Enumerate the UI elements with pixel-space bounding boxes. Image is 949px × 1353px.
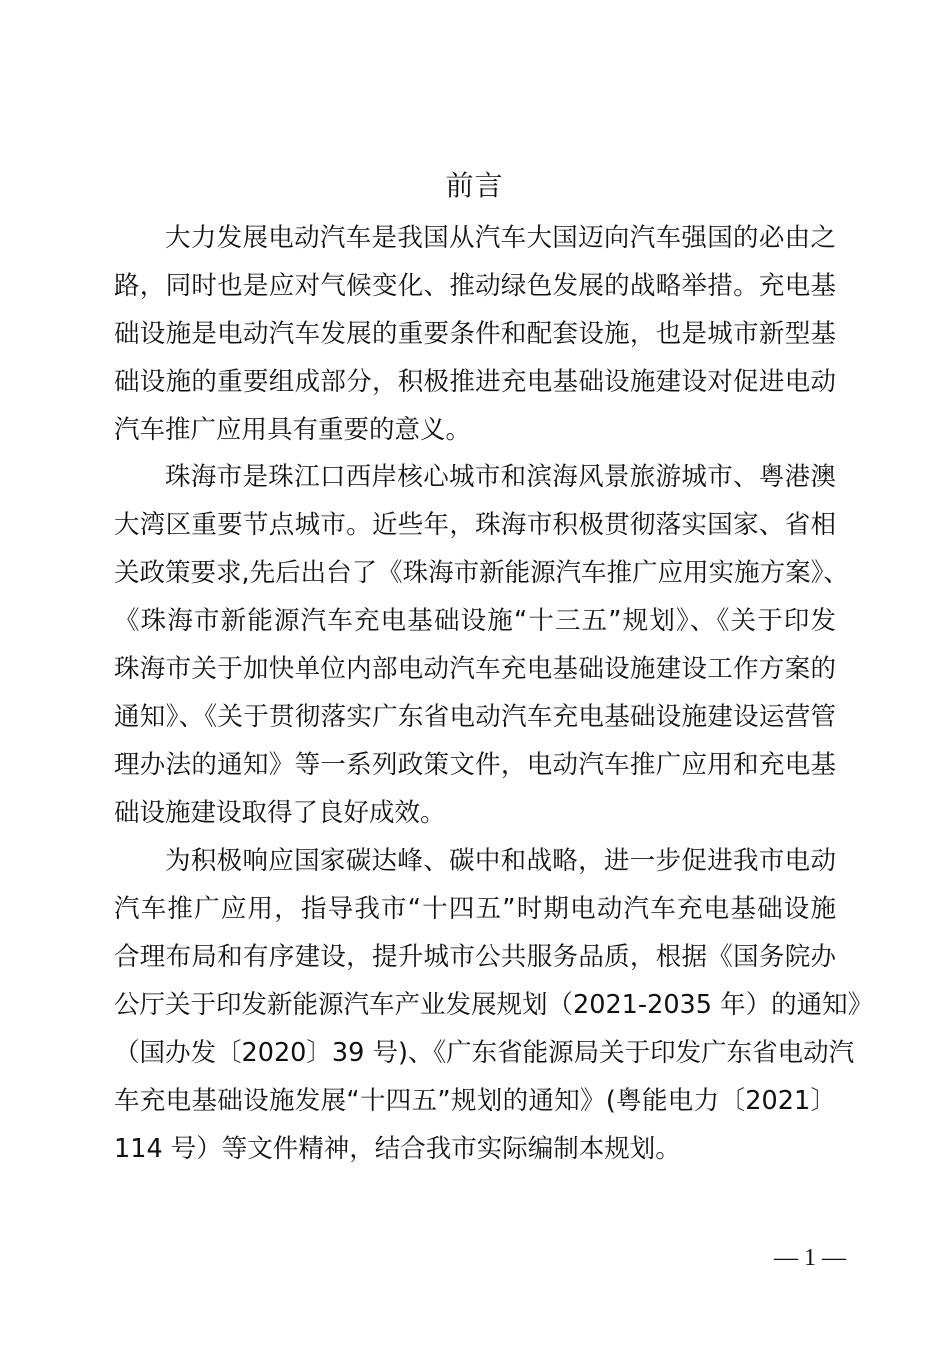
paragraph-2-line-2: 大湾区重要节点城市。近些年，珠海市积极贯彻落实国家、省相 — [114, 509, 836, 541]
document-page: 前言 大力发展电动汽车是我国从汽车大国迈向汽车强国的必由之 路，同时也是应对气候… — [0, 0, 949, 1353]
paragraph-3-line-4: 公厅关于印发新能源汽车产业发展规划（2021-2035 年）的通知》 — [114, 989, 836, 1021]
paragraph-2-line-3: 关政策要求,先后出台了《珠海市新能源汽车推广应用实施方案》、 — [114, 557, 836, 589]
paragraph-1-line-4: 础设施的重要组成部分，积极推进充电基础设施建设对促进电动 — [114, 366, 836, 398]
paragraph-1-line-5: 汽车推广应用具有重要的意义。 — [114, 414, 836, 446]
paragraph-1-line-2: 路，同时也是应对气候变化、推动绿色发展的战略举措。充电基 — [114, 270, 836, 302]
paragraph-2-line-8: 础设施建设取得了良好成效。 — [114, 797, 836, 829]
paragraph-1-line-1: 大力发展电动汽车是我国从汽车大国迈向汽车强国的必由之 — [165, 222, 836, 254]
page-number: — 1 — — [760, 1243, 860, 1273]
page-title: 前言 — [0, 166, 949, 206]
paragraph-2-line-7: 理办法的通知》等一系列政策文件，电动汽车推广应用和充电基 — [114, 749, 836, 781]
paragraph-3-line-3: 合理布局和有序建设，提升城市公共服务品质，根据《国务院办 — [114, 941, 836, 973]
paragraph-3-line-7: 114 号）等文件精神，结合我市实际编制本规划。 — [114, 1133, 836, 1165]
paragraph-3-line-1: 为积极响应国家碳达峰、碳中和战略，进一步促进我市电动 — [165, 845, 836, 877]
paragraph-2-line-6: 通知》、《关于贯彻落实广东省电动汽车充电基础设施建设运营管 — [114, 701, 836, 733]
paragraph-2-line-4: 《珠海市新能源汽车充电基础设施“十三五”规划》、《关于印发 — [114, 605, 836, 637]
paragraph-1-line-3: 础设施是电动汽车发展的重要条件和配套设施，也是城市新型基 — [114, 318, 836, 350]
paragraph-2-line-5: 珠海市关于加快单位内部电动汽车充电基础设施建设工作方案的 — [114, 653, 836, 685]
paragraph-3-line-6: 车充电基础设施发展“十四五”规划的通知》(粤能电力〔2021〕 — [114, 1085, 836, 1117]
paragraph-2-line-1: 珠海市是珠江口西岸核心城市和滨海风景旅游城市、粤港澳 — [165, 461, 836, 493]
paragraph-3-line-5: （国办发〔2020〕39 号)、《广东省能源局关于印发广东省电动汽 — [114, 1037, 836, 1069]
paragraph-3-line-2: 汽车推广应用，指导我市“十四五”时期电动汽车充电基础设施 — [114, 893, 836, 925]
